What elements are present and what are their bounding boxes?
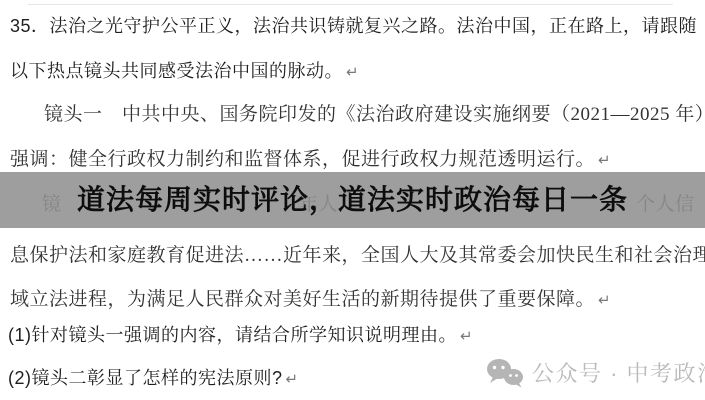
question-intro-line-2: 以下热点镜头共同感受法治中国的脉动。↵ — [10, 57, 359, 83]
intro-text-2: 以下热点镜头共同感受法治中国的脉动。 — [10, 61, 343, 81]
account-watermark: 公众号 · 中考政治 — [486, 357, 705, 388]
scene-two-text-1: 息保护法和家庭教育促进法……近年来，全国人大及其常委会加快民生和社会治理领 — [10, 245, 705, 266]
scene-two-line-1: 息保护法和家庭教育促进法……近年来，全国人大及其常委会加快民生和社会治理领 — [10, 240, 705, 267]
intro-text-1: 35．法治之光守护公平正义，法治共识铸就复兴之路。法治中国，正在路上，请跟随 — [10, 16, 697, 36]
sub-question-1: (1)针对镜头一强调的内容，请结合所学知识说明理由。↵ — [8, 321, 473, 347]
return-mark: ↵ — [460, 327, 473, 345]
sub-question-2-text: (2)镜头二彰显了怎样的宪法原则? — [8, 368, 283, 388]
scene-two-line-2: 域立法进程，为满足人民群众对美好生活的新期待提供了重要保障。↵ — [10, 284, 611, 311]
return-mark: ↵ — [286, 370, 299, 388]
question-intro-line-1: 35．法治之光守护公平正义，法治共识铸就复兴之路。法治中国，正在路上，请跟随 — [10, 12, 697, 38]
scene-one-text-1: 镜头一 中共中央、国务院印发的《法治政府建设实施纲要（2021—2025 年）》… — [44, 104, 705, 125]
return-mark: ↵ — [598, 291, 611, 309]
scene-one-line-2: 强调：健全行政权力制约和监督体系，促进行政权力规范透明运行。↵ — [10, 144, 611, 171]
scene-one-line-1: 镜头一 中共中央、国务院印发的《法治政府建设实施纲要（2021—2025 年）》… — [44, 99, 705, 126]
account-watermark-label: 公众号 · 中考政治 — [532, 357, 705, 388]
return-mark: ↵ — [598, 151, 611, 169]
exam-question-document: 35．法治之光守护公平正义，法治共识铸就复兴之路。法治中国，正在路上，请跟随 以… — [0, 0, 705, 400]
sub-question-1-text: (1)针对镜头一强调的内容，请结合所学知识说明理由。 — [8, 325, 457, 345]
top-hairline — [28, 4, 673, 5]
watermark-banner: 镜 年人 个人信 道法每周实时评论，道法实时政治每日一条 — [0, 172, 705, 228]
watermark-banner-text: 道法每周实时评论，道法实时政治每日一条 — [0, 172, 705, 228]
wechat-icon — [486, 358, 524, 388]
sub-question-2: (2)镜头二彰显了怎样的宪法原则?↵ — [8, 364, 299, 390]
scene-two-text-2: 域立法进程，为满足人民群众对美好生活的新期待提供了重要保障。 — [10, 289, 595, 310]
return-mark: ↵ — [346, 63, 359, 81]
scene-one-text-2: 强调：健全行政权力制约和监督体系，促进行政权力规范透明运行。 — [10, 149, 595, 170]
